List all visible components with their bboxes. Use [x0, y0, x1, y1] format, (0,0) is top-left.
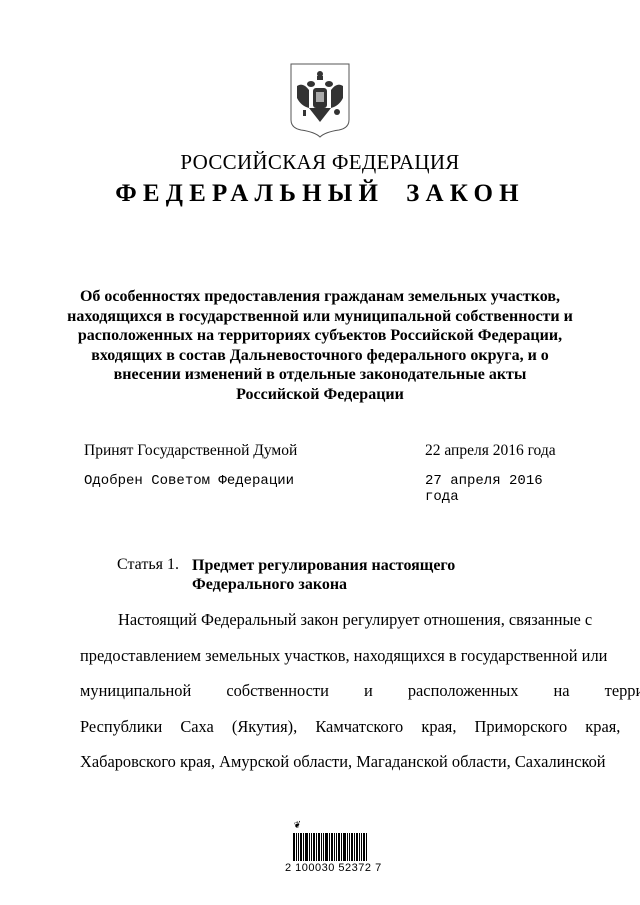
body-line: Хабаровского края, Амурской области, Маг… [80, 744, 563, 780]
law-title-word-federal: ФЕДЕРАЛЬНЫЙ [115, 180, 384, 207]
law-title-word-law: ЗАКОН [406, 180, 525, 207]
barcode-number: 2 100030 52372 7 [285, 862, 382, 874]
council-approval-row: Одобрен Советом Федерации 27 апреля 2016… [84, 473, 584, 493]
council-approval-date: 27 апреля 2016 года [425, 473, 584, 505]
article-title-line: Предмет регулирования настоящего [192, 556, 512, 575]
article-title-line: Федерального закона [192, 575, 512, 594]
subject-line: Об особенностях предоставления гражданам… [60, 287, 580, 307]
subject-line: Российской Федерации [60, 385, 580, 405]
article-body: Настоящий Федеральный закон регулирует о… [80, 602, 563, 780]
body-line: предоставлением земельных участков, нахо… [80, 638, 563, 674]
coat-of-arms-icon [289, 62, 351, 138]
document-barcode: ❦ 2 100030 52372 7 [285, 820, 377, 875]
law-subject-heading: Об особенностях предоставления гражданам… [60, 287, 580, 404]
subject-line: входящих в состав Дальневосточного федер… [60, 346, 580, 366]
subject-line: внесении изменений в отдельные законодат… [60, 365, 580, 385]
subject-line: находящихся в государственной или муници… [60, 307, 580, 327]
subject-line: расположенных на территориях субъектов Р… [60, 326, 580, 346]
article-title: Предмет регулирования настоящего Федерал… [192, 556, 512, 594]
barcode-bars [293, 833, 373, 861]
council-approval-label: Одобрен Советом Федерации [84, 473, 294, 489]
country-name: РОССИЙСКАЯ ФЕДЕРАЦИЯ [0, 150, 640, 175]
article-number: Статья 1. [117, 556, 179, 574]
duma-adoption-label: Принят Государственной Думой [84, 442, 297, 460]
signature-mark: ❦ [292, 819, 302, 832]
body-line: Республики Саха (Якутия), Камчатского кр… [80, 709, 563, 745]
duma-adoption-date: 22 апреля 2016 года [425, 442, 556, 460]
body-line: Настоящий Федеральный закон регулирует о… [80, 602, 563, 638]
document-type-title: ФЕДЕРАЛЬНЫЙЗАКОН [0, 180, 640, 208]
duma-adoption-row: Принят Государственной Думой 22 апреля 2… [84, 442, 584, 462]
body-line: муниципальной собственности и расположен… [80, 673, 563, 709]
